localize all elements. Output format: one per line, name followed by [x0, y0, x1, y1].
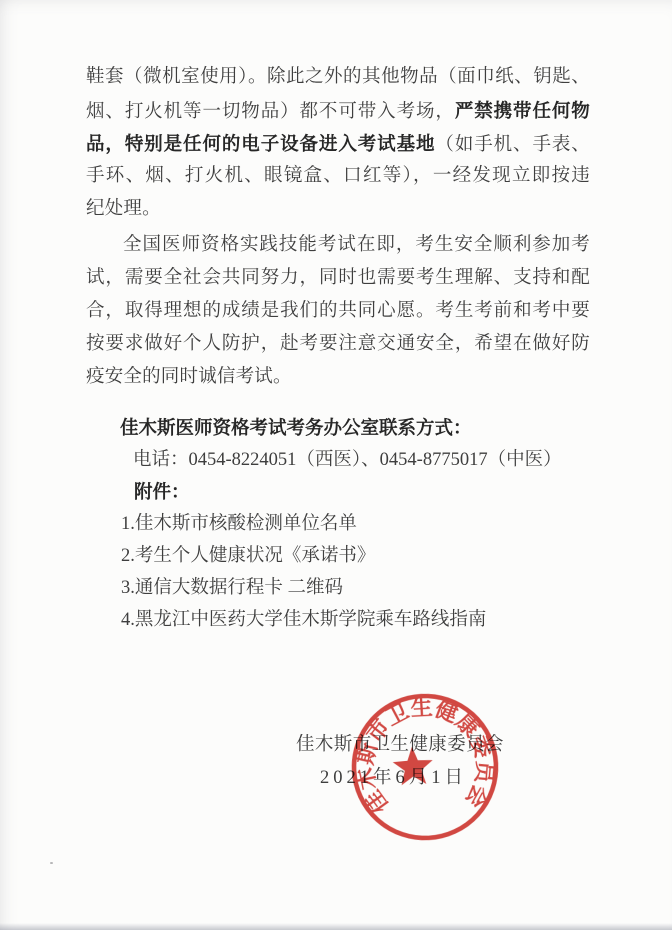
body-line: 全国医师资格实践技能考试在即，考生安全顺利参加考 [86, 229, 590, 262]
body-line: 合，取得理想的成绩是我们的共同心愿。考生考前和考中要 [86, 295, 590, 328]
emphasis-text: 品，特别是任何的电子设备进入考试基地 [86, 133, 435, 154]
attachment-item: 3.通信大数据行程卡 二维码 [86, 572, 592, 604]
body-line: 纪处理。 [86, 193, 592, 226]
body-line: 烟、打火机等一切物品）都不可带入考场，严禁携带任何物 [86, 94, 590, 127]
attachment-item: 2.考生个人健康状况《承诺书》 [86, 540, 592, 572]
scan-artifact-dot [50, 862, 53, 864]
body-line: 手环、烟、打火机、眼镜盒、口红等），一经发现立即按违 [86, 160, 590, 193]
body-line: 疫安全的同时诚信考试。 [86, 361, 592, 394]
emphasis-text: 严禁携带任何物 [455, 100, 590, 121]
phone-line: 电话：0454-8224051（西医）、0454-8775017（中医） [86, 444, 592, 476]
contact-section: 佳木斯医师资格考试考务办公室联系方式： 电话：0454-8224051（西医）、… [86, 412, 592, 636]
seal-text: 佳木斯市卫生健康委员会 [348, 691, 500, 819]
attachment-item: 1.佳木斯市核酸检测单位名单 [86, 508, 592, 540]
official-seal: 佳木斯市卫生健康委员会 [341, 683, 509, 851]
attachment-item: 4.黑龙江中医药大学佳木斯学院乘车路线指南 [86, 604, 592, 636]
paragraph-1: 鞋套（微机室使用）。除此之外的其他物品（面巾纸、钥匙、 烟、打火机等一切物品）都… [86, 61, 592, 226]
body-line: 试，需要全社会共同努力，同时也需要考生理解、支持和配 [86, 262, 590, 295]
body-text: 烟、打火机等一切物品）都不可带入考场， [86, 102, 455, 122]
body-text: （如手机、手表、 [435, 135, 590, 155]
contact-header: 佳木斯医师资格考试考务办公室联系方式： [86, 412, 592, 444]
seal-arc-text-holder: 佳木斯市卫生健康委员会 [348, 691, 500, 819]
scanned-notice-page: 鞋套（微机室使用）。除此之外的其他物品（面巾纸、钥匙、 烟、打火机等一切物品）都… [0, 0, 672, 930]
body-line: 品，特别是任何的电子设备进入考试基地（如手机、手表、 [86, 127, 590, 160]
page-edge-shadow [0, 923, 672, 930]
body-line: 鞋套（微机室使用）。除此之外的其他物品（面巾纸、钥匙、 [86, 61, 590, 94]
body-line: 按要求做好个人防护，赴考要注意交通安全，希望在做好防 [86, 328, 590, 361]
seal-star-icon [392, 746, 434, 786]
attachments-label: 附件： [86, 476, 592, 508]
paragraph-2: 全国医师资格实践技能考试在即，考生安全顺利参加考 试，需要全社会共同努力，同时也… [86, 229, 592, 394]
